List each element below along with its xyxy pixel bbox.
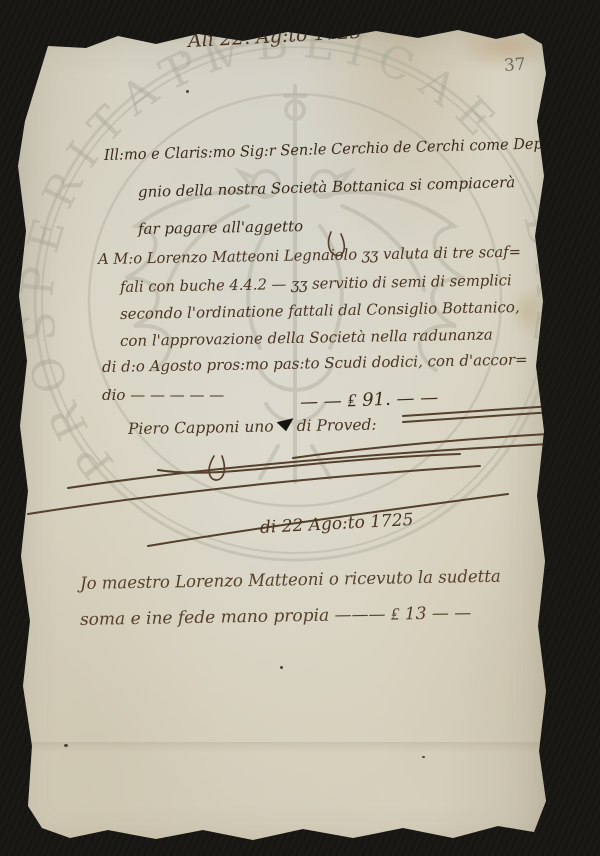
watermark-arc-right-text: DAE	[513, 208, 552, 360]
ink-speck	[280, 666, 283, 669]
receipt-date: di 22 Ago:to 1725	[259, 510, 413, 538]
folio-number: 37	[503, 55, 526, 76]
fold-shadow	[8, 742, 552, 752]
letter-line: gnio della nostra Società Bottanica si c…	[138, 173, 516, 201]
photo-backdrop: PROSPERITATI PVBLICAE DAE	[0, 0, 600, 856]
receipt-line: soma e ine fede mano propia ——— ₤ 13 — —	[80, 603, 472, 630]
receipt-line: Jo maestro Lorenzo Matteoni o ricevuto l…	[80, 567, 501, 594]
letter-line: fali con buche 4.4.2 — ʒʒ servitio di se…	[120, 271, 512, 296]
archive-number: N°. 459./	[18, 19, 89, 52]
letter-line: Ill:mo e Claris:mo Sig:r Sen:le Cerchio …	[104, 134, 569, 164]
ink-speck	[186, 90, 189, 93]
letter-line: A M:o Lorenzo Matteoni Legnaiolo ʒʒ valu…	[98, 243, 521, 268]
letter-line: di d:o Agosto pros:mo pas:to Scudi dodic…	[102, 351, 528, 376]
letter-line: con l'approvazione della Società nella r…	[120, 325, 493, 350]
letter-line: dio — — — — —	[102, 386, 224, 404]
letter-line: far pagare all'aggetto	[138, 217, 303, 238]
amount-line: — — ₤ 91. — —	[300, 387, 439, 413]
signature-title: di Proved:	[296, 416, 376, 435]
letter-line: secondo l'ordinatione fattali dal Consig…	[120, 298, 520, 323]
manuscript-page: PROSPERITATI PVBLICAE DAE	[8, 26, 552, 854]
ink-blot	[277, 418, 294, 431]
ink-speck	[422, 756, 425, 758]
svg-text:DAE: DAE	[513, 208, 552, 360]
heading-date: Ali 22. Ag:to 1725	[187, 21, 362, 52]
signature-line: Piero Capponi unodi Proved:	[128, 416, 377, 438]
signature-name: Piero Capponi uno	[128, 417, 274, 438]
ink-speck	[64, 744, 68, 747]
